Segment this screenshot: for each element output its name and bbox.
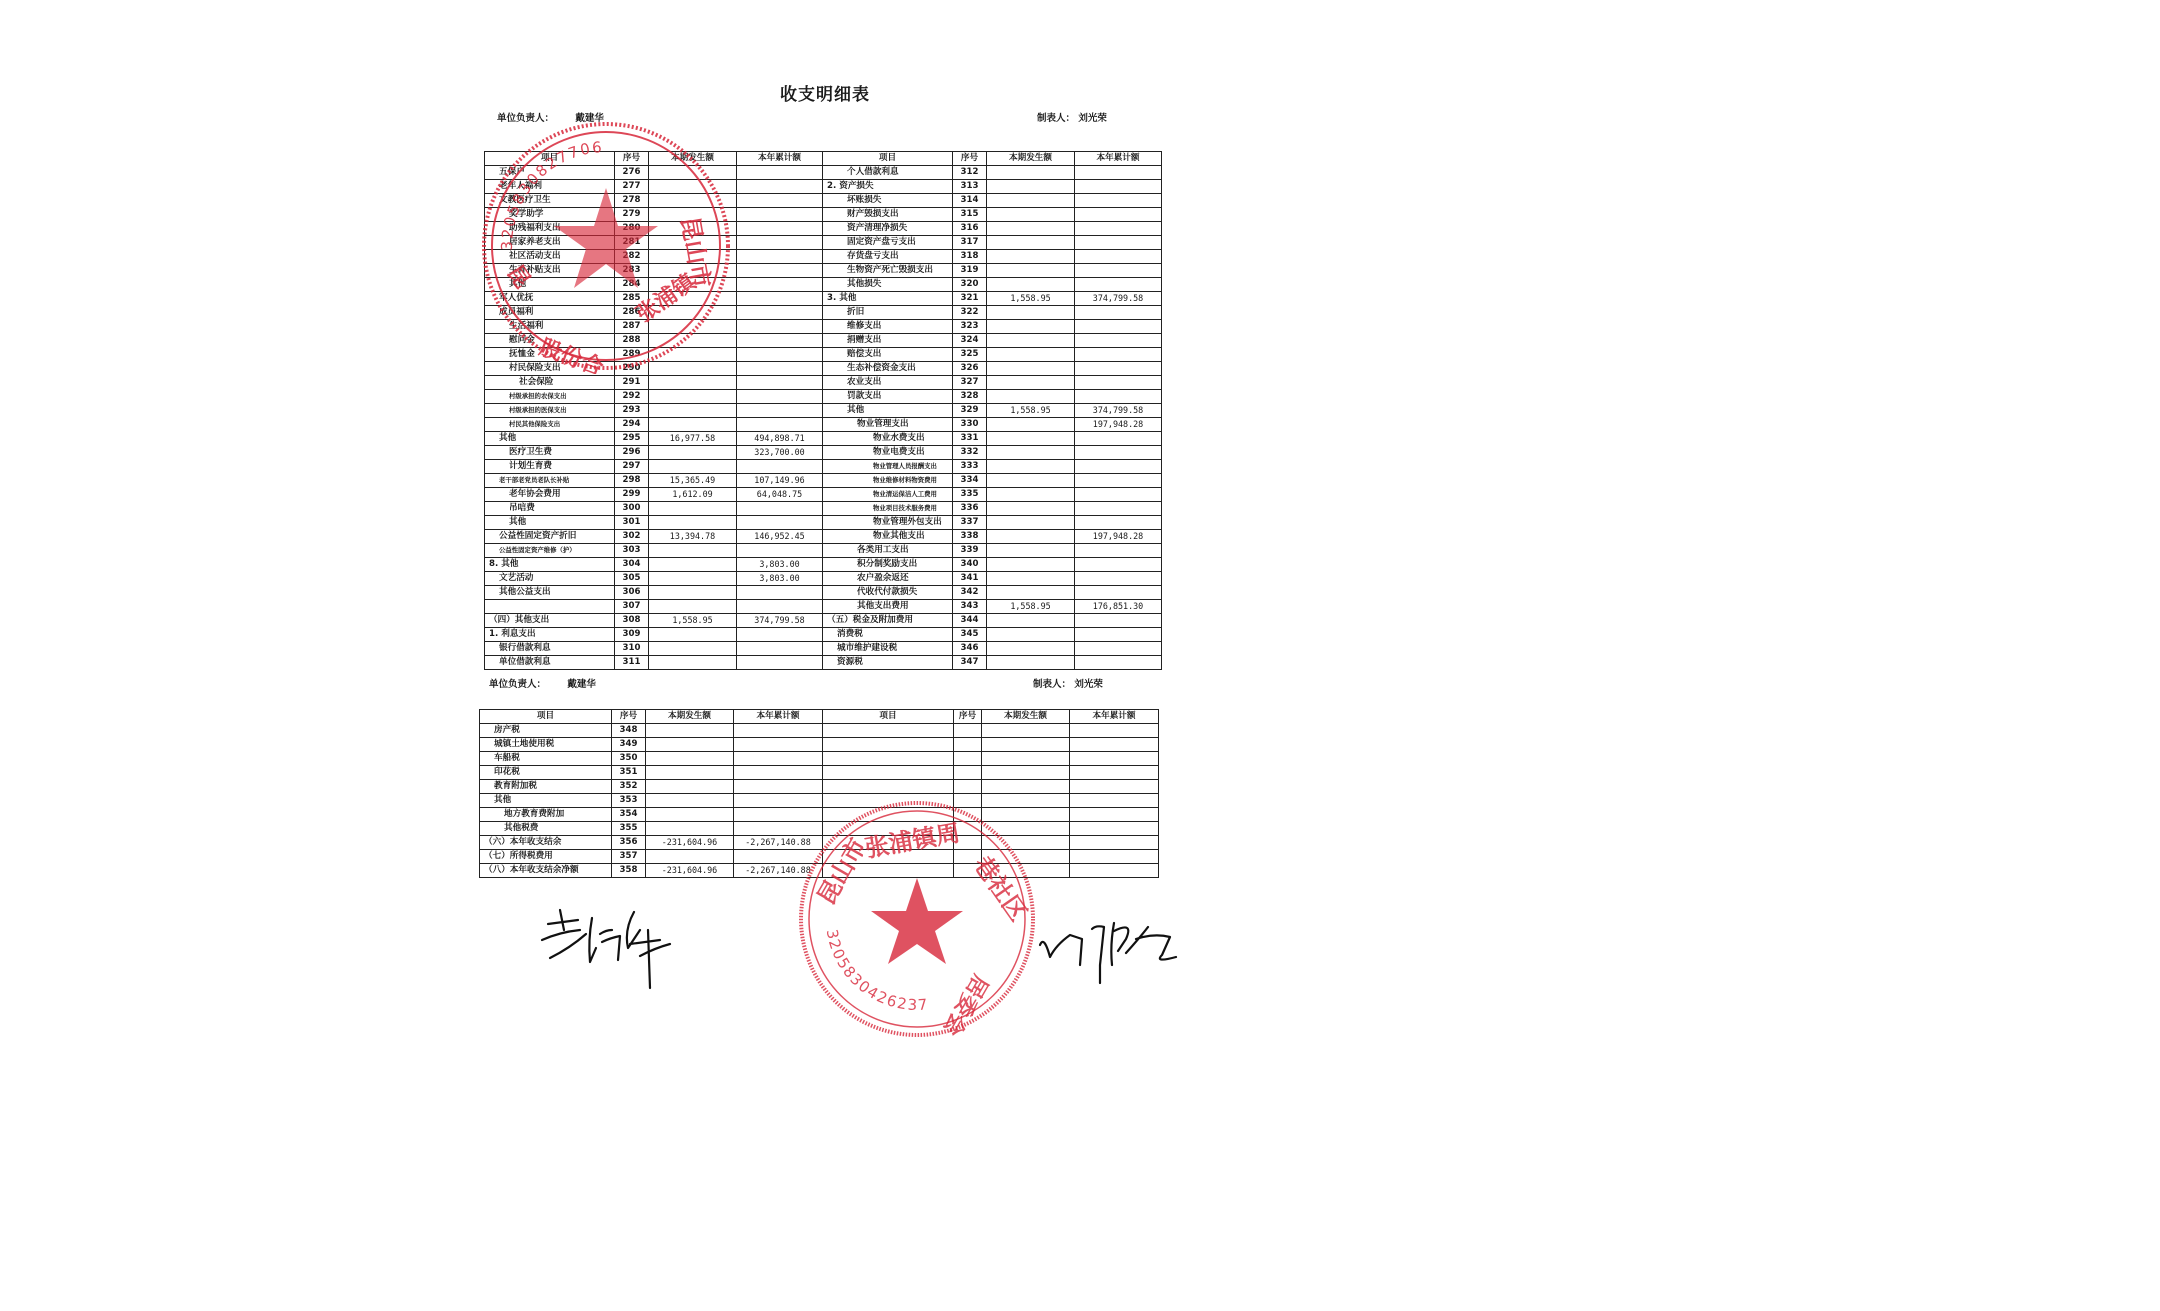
row-item-label: 文教医疗卫生 bbox=[485, 194, 615, 208]
current-period-amount bbox=[987, 306, 1075, 320]
row-item-label bbox=[823, 766, 954, 780]
year-to-date-amount: 374,799.58 bbox=[1075, 292, 1162, 306]
row-number: 328 bbox=[953, 390, 987, 404]
table-row: 1. 利息支出309消费税345 bbox=[485, 628, 1162, 642]
current-period-amount bbox=[987, 656, 1075, 670]
current-period-amount bbox=[987, 278, 1075, 292]
current-period-amount bbox=[982, 738, 1070, 752]
preparer-footer: 制表人： 刘光荣 bbox=[1033, 676, 1103, 690]
current-period-amount bbox=[649, 418, 737, 432]
row-number: 295 bbox=[615, 432, 649, 446]
year-to-date-amount bbox=[737, 642, 823, 656]
row-number: 298 bbox=[615, 474, 649, 488]
row-number: 301 bbox=[615, 516, 649, 530]
row-item-label: 物业清运保洁人工费用 bbox=[823, 488, 953, 502]
year-to-date-amount bbox=[1070, 850, 1159, 864]
year-to-date-amount bbox=[737, 390, 823, 404]
year-to-date-amount bbox=[734, 766, 823, 780]
row-item-label: 印花税 bbox=[480, 766, 612, 780]
current-period-amount bbox=[649, 376, 737, 390]
year-to-date-amount bbox=[737, 418, 823, 432]
current-period-amount bbox=[987, 628, 1075, 642]
current-period-amount bbox=[649, 292, 737, 306]
current-period-amount bbox=[649, 628, 737, 642]
row-item-label: 3. 其他 bbox=[823, 292, 953, 306]
row-item-label: 个人借款利息 bbox=[823, 166, 953, 180]
table-row: 老年协会费用2991,612.0964,048.75物业清运保洁人工费用335 bbox=[485, 488, 1162, 502]
row-number: 277 bbox=[615, 180, 649, 194]
current-period-amount: -231,604.96 bbox=[646, 864, 734, 878]
row-item-label: 物业其他支出 bbox=[823, 530, 953, 544]
current-period-amount bbox=[987, 418, 1075, 432]
year-to-date-amount bbox=[1075, 628, 1162, 642]
table-row: 文教医疗卫生278坏账损失314 bbox=[485, 194, 1162, 208]
current-period-amount bbox=[649, 306, 737, 320]
row-item-label: 其他 bbox=[823, 404, 953, 418]
year-to-date-amount bbox=[1075, 236, 1162, 250]
row-number: 305 bbox=[615, 572, 649, 586]
current-period-amount bbox=[649, 572, 737, 586]
table-row: 地方教育费附加354 bbox=[480, 808, 1159, 822]
current-period-amount bbox=[987, 488, 1075, 502]
table-row: 慰问金288捐赠支出324 bbox=[485, 334, 1162, 348]
year-to-date-amount bbox=[1075, 334, 1162, 348]
row-number: 350 bbox=[612, 752, 646, 766]
year-to-date-amount bbox=[1075, 320, 1162, 334]
year-to-date-amount bbox=[737, 362, 823, 376]
row-item-label: （八）本年收支结余净额 bbox=[480, 864, 612, 878]
current-period-amount bbox=[646, 850, 734, 864]
row-number: 302 bbox=[615, 530, 649, 544]
row-number: 296 bbox=[615, 446, 649, 460]
row-number bbox=[954, 822, 982, 836]
current-period-amount bbox=[987, 432, 1075, 446]
year-to-date-amount bbox=[1075, 446, 1162, 460]
table-row: 村级承担的医保支出293其他3291,558.95374,799.58 bbox=[485, 404, 1162, 418]
year-to-date-amount bbox=[1075, 558, 1162, 572]
table-row: 抚恤金289赔偿支出325 bbox=[485, 348, 1162, 362]
row-number: 285 bbox=[615, 292, 649, 306]
row-number: 356 bbox=[612, 836, 646, 850]
row-number: 293 bbox=[615, 404, 649, 418]
current-period-amount bbox=[649, 586, 737, 600]
year-to-date-amount bbox=[737, 166, 823, 180]
year-to-date-amount bbox=[737, 180, 823, 194]
column-header: 本年累计额 bbox=[734, 710, 823, 724]
current-period-amount: 1,612.09 bbox=[649, 488, 737, 502]
row-number: 313 bbox=[953, 180, 987, 194]
row-item-label: 村级承担的农保支出 bbox=[485, 390, 615, 404]
row-item-label: 文艺活动 bbox=[485, 572, 615, 586]
table-row: 医疗卫生费296323,700.00物业电费支出332 bbox=[485, 446, 1162, 460]
year-to-date-amount: 3,803.00 bbox=[737, 558, 823, 572]
year-to-date-amount: 176,851.30 bbox=[1075, 600, 1162, 614]
row-number bbox=[954, 850, 982, 864]
row-item-label: 生物资产死亡毁损支出 bbox=[823, 264, 953, 278]
row-number: 307 bbox=[615, 600, 649, 614]
current-period-amount bbox=[987, 642, 1075, 656]
year-to-date-amount bbox=[1075, 474, 1162, 488]
column-header: 本期发生额 bbox=[987, 152, 1075, 166]
current-period-amount bbox=[649, 656, 737, 670]
current-period-amount bbox=[646, 822, 734, 836]
row-item-label: 居家养老支出 bbox=[485, 236, 615, 250]
table-row: 奖学助学279财产毁损支出315 bbox=[485, 208, 1162, 222]
row-number: 306 bbox=[615, 586, 649, 600]
row-item-label: 折旧 bbox=[823, 306, 953, 320]
year-to-date-amount bbox=[1075, 376, 1162, 390]
table-row: 8. 其他3043,803.00积分制奖励支出340 bbox=[485, 558, 1162, 572]
current-period-amount bbox=[649, 348, 737, 362]
table-row: 计划生育费297物业管理人员报酬支出333 bbox=[485, 460, 1162, 474]
year-to-date-amount bbox=[734, 794, 823, 808]
row-item-label: （六）本年收支结余 bbox=[480, 836, 612, 850]
row-number: 333 bbox=[953, 460, 987, 474]
row-item-label: 社会保险 bbox=[485, 376, 615, 390]
current-period-amount bbox=[649, 642, 737, 656]
row-item-label: 财产毁损支出 bbox=[823, 208, 953, 222]
current-period-amount bbox=[987, 474, 1075, 488]
current-period-amount bbox=[987, 516, 1075, 530]
row-number: 348 bbox=[612, 724, 646, 738]
current-period-amount bbox=[649, 460, 737, 474]
current-period-amount bbox=[982, 752, 1070, 766]
row-number bbox=[954, 724, 982, 738]
row-number: 343 bbox=[953, 600, 987, 614]
row-number bbox=[954, 738, 982, 752]
year-to-date-amount bbox=[1070, 724, 1159, 738]
column-header: 项目 bbox=[823, 152, 953, 166]
table-row: 公益性固定资产折旧30213,394.78146,952.45物业其他支出338… bbox=[485, 530, 1162, 544]
current-period-amount bbox=[649, 334, 737, 348]
table-row: 军人优抚2853. 其他3211,558.95374,799.58 bbox=[485, 292, 1162, 306]
year-to-date-amount: 146,952.45 bbox=[737, 530, 823, 544]
year-to-date-amount bbox=[737, 320, 823, 334]
year-to-date-amount bbox=[734, 822, 823, 836]
current-period-amount bbox=[649, 264, 737, 278]
row-item-label: 物业管理外包支出 bbox=[823, 516, 953, 530]
row-number: 352 bbox=[612, 780, 646, 794]
row-item-label: 车船税 bbox=[480, 752, 612, 766]
row-item-label: 资产清理净损失 bbox=[823, 222, 953, 236]
column-header: 序号 bbox=[954, 710, 982, 724]
row-number: 344 bbox=[953, 614, 987, 628]
current-period-amount bbox=[982, 724, 1070, 738]
year-to-date-amount bbox=[737, 460, 823, 474]
preparer-header: 制表人： 刘光荣 bbox=[1037, 110, 1107, 124]
row-number: 278 bbox=[615, 194, 649, 208]
row-item-label bbox=[823, 836, 954, 850]
current-period-amount bbox=[987, 236, 1075, 250]
year-to-date-amount bbox=[737, 250, 823, 264]
row-item-label bbox=[823, 752, 954, 766]
unit-head-label: 单位负责人： bbox=[497, 113, 554, 124]
column-header: 本年累计额 bbox=[1070, 710, 1159, 724]
year-to-date-amount bbox=[1075, 586, 1162, 600]
table-row: 吊唁费300物业项目技术服务费用336 bbox=[485, 502, 1162, 516]
row-item-label: 老干部老党员老队长补贴 bbox=[485, 474, 615, 488]
year-to-date-amount: 374,799.58 bbox=[737, 614, 823, 628]
unit-head-label: 单位负责人： bbox=[489, 679, 546, 690]
year-to-date-amount bbox=[1075, 180, 1162, 194]
row-item-label: 吊唁费 bbox=[485, 502, 615, 516]
year-to-date-amount bbox=[737, 278, 823, 292]
year-to-date-amount bbox=[1075, 516, 1162, 530]
row-number: 329 bbox=[953, 404, 987, 418]
row-number: 339 bbox=[953, 544, 987, 558]
year-to-date-amount bbox=[1075, 502, 1162, 516]
row-item-label: 抚恤金 bbox=[485, 348, 615, 362]
year-to-date-amount bbox=[737, 600, 823, 614]
current-period-amount bbox=[649, 502, 737, 516]
year-to-date-amount bbox=[737, 264, 823, 278]
row-number bbox=[954, 780, 982, 794]
unit-head-name: 戴建华 bbox=[567, 679, 596, 690]
row-number bbox=[954, 752, 982, 766]
row-number: 297 bbox=[615, 460, 649, 474]
current-period-amount bbox=[649, 180, 737, 194]
row-item-label: 农户盈余返还 bbox=[823, 572, 953, 586]
year-to-date-amount bbox=[1070, 780, 1159, 794]
row-item-label: （五）税金及附加费用 bbox=[823, 614, 953, 628]
current-period-amount bbox=[646, 794, 734, 808]
row-number: 282 bbox=[615, 250, 649, 264]
row-item-label: 维修支出 bbox=[823, 320, 953, 334]
table-row: 城镇土地使用税349 bbox=[480, 738, 1159, 752]
current-period-amount bbox=[646, 780, 734, 794]
year-to-date-amount bbox=[1075, 432, 1162, 446]
year-to-date-amount bbox=[737, 292, 823, 306]
row-item-label: 资源税 bbox=[823, 656, 953, 670]
row-item-label bbox=[823, 780, 954, 794]
row-item-label: 其他 bbox=[485, 432, 615, 446]
row-number: 311 bbox=[615, 656, 649, 670]
year-to-date-amount: -2,267,140.88 bbox=[734, 836, 823, 850]
row-number: 334 bbox=[953, 474, 987, 488]
unit-head-footer: 单位负责人： 戴建华 bbox=[489, 676, 596, 690]
year-to-date-amount bbox=[1070, 836, 1159, 850]
year-to-date-amount bbox=[1075, 614, 1162, 628]
year-to-date-amount bbox=[734, 752, 823, 766]
row-item-label bbox=[823, 724, 954, 738]
row-number: 317 bbox=[953, 236, 987, 250]
row-number: 324 bbox=[953, 334, 987, 348]
row-number bbox=[954, 808, 982, 822]
row-number: 279 bbox=[615, 208, 649, 222]
current-period-amount bbox=[987, 446, 1075, 460]
year-to-date-amount: 3,803.00 bbox=[737, 572, 823, 586]
row-item-label: 老年人福利 bbox=[485, 180, 615, 194]
current-period-amount bbox=[982, 864, 1070, 878]
row-item-label: 物业电费支出 bbox=[823, 446, 953, 460]
row-number: 276 bbox=[615, 166, 649, 180]
year-to-date-amount bbox=[737, 656, 823, 670]
year-to-date-amount bbox=[737, 194, 823, 208]
row-number bbox=[954, 794, 982, 808]
year-to-date-amount bbox=[1075, 278, 1162, 292]
year-to-date-amount bbox=[737, 236, 823, 250]
current-period-amount bbox=[987, 572, 1075, 586]
row-number: 320 bbox=[953, 278, 987, 292]
row-item-label: 罚款支出 bbox=[823, 390, 953, 404]
row-item-label: 物业项目技术服务费用 bbox=[823, 502, 953, 516]
row-number: 281 bbox=[615, 236, 649, 250]
row-item-label: 城市维护建设税 bbox=[823, 642, 953, 656]
current-period-amount bbox=[982, 822, 1070, 836]
row-number: 303 bbox=[615, 544, 649, 558]
current-period-amount bbox=[649, 600, 737, 614]
row-item-label: 村民保险支出 bbox=[485, 362, 615, 376]
row-item-label: 医疗卫生费 bbox=[485, 446, 615, 460]
year-to-date-amount bbox=[1070, 864, 1159, 878]
table-row: 五保户276个人借款利息312 bbox=[485, 166, 1162, 180]
year-to-date-amount bbox=[1075, 362, 1162, 376]
current-period-amount bbox=[987, 530, 1075, 544]
row-number: 314 bbox=[953, 194, 987, 208]
svg-text:居委会: 居委会 bbox=[938, 970, 994, 1040]
row-number: 331 bbox=[953, 432, 987, 446]
year-to-date-amount bbox=[1075, 250, 1162, 264]
current-period-amount bbox=[649, 446, 737, 460]
row-item-label: 老年协会费用 bbox=[485, 488, 615, 502]
table-header-row: 项目序号本期发生额本年累计额项目序号本期发生额本年累计额 bbox=[485, 152, 1162, 166]
year-to-date-amount bbox=[737, 306, 823, 320]
row-number: 353 bbox=[612, 794, 646, 808]
row-item-label: 各类用工支出 bbox=[823, 544, 953, 558]
year-to-date-amount: 197,948.28 bbox=[1075, 418, 1162, 432]
row-item-label: 生育补贴支出 bbox=[485, 264, 615, 278]
year-to-date-amount bbox=[737, 222, 823, 236]
row-number: 330 bbox=[953, 418, 987, 432]
current-period-amount bbox=[649, 544, 737, 558]
row-item-label: 其他 bbox=[480, 794, 612, 808]
year-to-date-amount bbox=[1075, 222, 1162, 236]
current-period-amount: 1,558.95 bbox=[987, 600, 1075, 614]
row-number: 321 bbox=[953, 292, 987, 306]
row-item-label: 其他公益支出 bbox=[485, 586, 615, 600]
table-row: 社会保险291农业支出327 bbox=[485, 376, 1162, 390]
year-to-date-amount bbox=[737, 628, 823, 642]
current-period-amount bbox=[646, 752, 734, 766]
year-to-date-amount bbox=[734, 808, 823, 822]
column-header: 项目 bbox=[485, 152, 615, 166]
current-period-amount: -231,604.96 bbox=[646, 836, 734, 850]
year-to-date-amount bbox=[1075, 194, 1162, 208]
year-to-date-amount bbox=[737, 208, 823, 222]
current-period-amount bbox=[649, 516, 737, 530]
current-period-amount: 16,977.58 bbox=[649, 432, 737, 446]
preparer-name: 刘光荣 bbox=[1074, 679, 1103, 690]
year-to-date-amount bbox=[1075, 306, 1162, 320]
row-number: 326 bbox=[953, 362, 987, 376]
document-title: 收支明细表 bbox=[0, 80, 1650, 105]
year-to-date-amount: 197,948.28 bbox=[1075, 530, 1162, 544]
row-number: 340 bbox=[953, 558, 987, 572]
row-number: 299 bbox=[615, 488, 649, 502]
row-item-label: 助残福利支出 bbox=[485, 222, 615, 236]
year-to-date-amount bbox=[734, 780, 823, 794]
current-period-amount: 1,558.95 bbox=[649, 614, 737, 628]
row-number: 349 bbox=[612, 738, 646, 752]
current-period-amount bbox=[987, 208, 1075, 222]
year-to-date-amount bbox=[1075, 656, 1162, 670]
year-to-date-amount: 374,799.58 bbox=[1075, 404, 1162, 418]
column-header: 本期发生额 bbox=[649, 152, 737, 166]
table-row: 房产税348 bbox=[480, 724, 1159, 738]
year-to-date-amount bbox=[1075, 460, 1162, 474]
row-number bbox=[954, 766, 982, 780]
row-number: 332 bbox=[953, 446, 987, 460]
row-number: 338 bbox=[953, 530, 987, 544]
row-number: 335 bbox=[953, 488, 987, 502]
current-period-amount bbox=[987, 614, 1075, 628]
row-item-label bbox=[823, 808, 954, 822]
preparer-label: 制表人： bbox=[1033, 679, 1071, 690]
unit-head-name: 戴建华 bbox=[575, 113, 604, 124]
column-header: 本年累计额 bbox=[737, 152, 823, 166]
row-number: 325 bbox=[953, 348, 987, 362]
row-item-label: 其他 bbox=[485, 278, 615, 292]
row-number: 308 bbox=[615, 614, 649, 628]
current-period-amount: 15,365.49 bbox=[649, 474, 737, 488]
current-period-amount bbox=[987, 250, 1075, 264]
table-row: 成员福利286折旧322 bbox=[485, 306, 1162, 320]
row-number: 354 bbox=[612, 808, 646, 822]
row-item-label: 慰问金 bbox=[485, 334, 615, 348]
current-period-amount bbox=[987, 194, 1075, 208]
table-row: （六）本年收支结余356-231,604.96-2,267,140.88 bbox=[480, 836, 1159, 850]
table-row: 社区活动支出282存货盘亏支出318 bbox=[485, 250, 1162, 264]
row-number: 357 bbox=[612, 850, 646, 864]
preparer-name: 刘光荣 bbox=[1078, 113, 1107, 124]
year-to-date-amount bbox=[1075, 348, 1162, 362]
current-period-amount bbox=[646, 766, 734, 780]
column-header: 序号 bbox=[953, 152, 987, 166]
row-item-label: 捐赠支出 bbox=[823, 334, 953, 348]
row-item-label: 物业管理支出 bbox=[823, 418, 953, 432]
table-row: 公益性固定资产维修（护）303各类用工支出339 bbox=[485, 544, 1162, 558]
year-to-date-amount bbox=[1075, 208, 1162, 222]
signature-unit-head bbox=[530, 900, 675, 990]
row-item-label bbox=[485, 600, 615, 614]
row-number: 294 bbox=[615, 418, 649, 432]
year-to-date-amount bbox=[1075, 642, 1162, 656]
year-to-date-amount: 323,700.00 bbox=[737, 446, 823, 460]
row-number: 345 bbox=[953, 628, 987, 642]
current-period-amount bbox=[649, 194, 737, 208]
row-item-label: 军人优抚 bbox=[485, 292, 615, 306]
row-item-label: 房产税 bbox=[480, 724, 612, 738]
row-number: 304 bbox=[615, 558, 649, 572]
table-row: 印花税351 bbox=[480, 766, 1159, 780]
current-period-amount: 1,558.95 bbox=[987, 404, 1075, 418]
table-row: 老干部老党员老队长补贴29815,365.49107,149.96物业维修材料物… bbox=[485, 474, 1162, 488]
row-item-label bbox=[823, 822, 954, 836]
row-item-label: 奖学助学 bbox=[485, 208, 615, 222]
current-period-amount bbox=[987, 320, 1075, 334]
current-period-amount bbox=[987, 362, 1075, 376]
year-to-date-amount: 107,149.96 bbox=[737, 474, 823, 488]
row-number: 310 bbox=[615, 642, 649, 656]
table-row: 其他29516,977.58494,898.71物业水费支出331 bbox=[485, 432, 1162, 446]
row-item-label: 物业维修材料物资费用 bbox=[823, 474, 953, 488]
year-to-date-amount bbox=[1070, 766, 1159, 780]
column-header: 本期发生额 bbox=[646, 710, 734, 724]
current-period-amount bbox=[987, 502, 1075, 516]
table-row: 车船税350 bbox=[480, 752, 1159, 766]
row-number: 288 bbox=[615, 334, 649, 348]
current-period-amount bbox=[987, 586, 1075, 600]
